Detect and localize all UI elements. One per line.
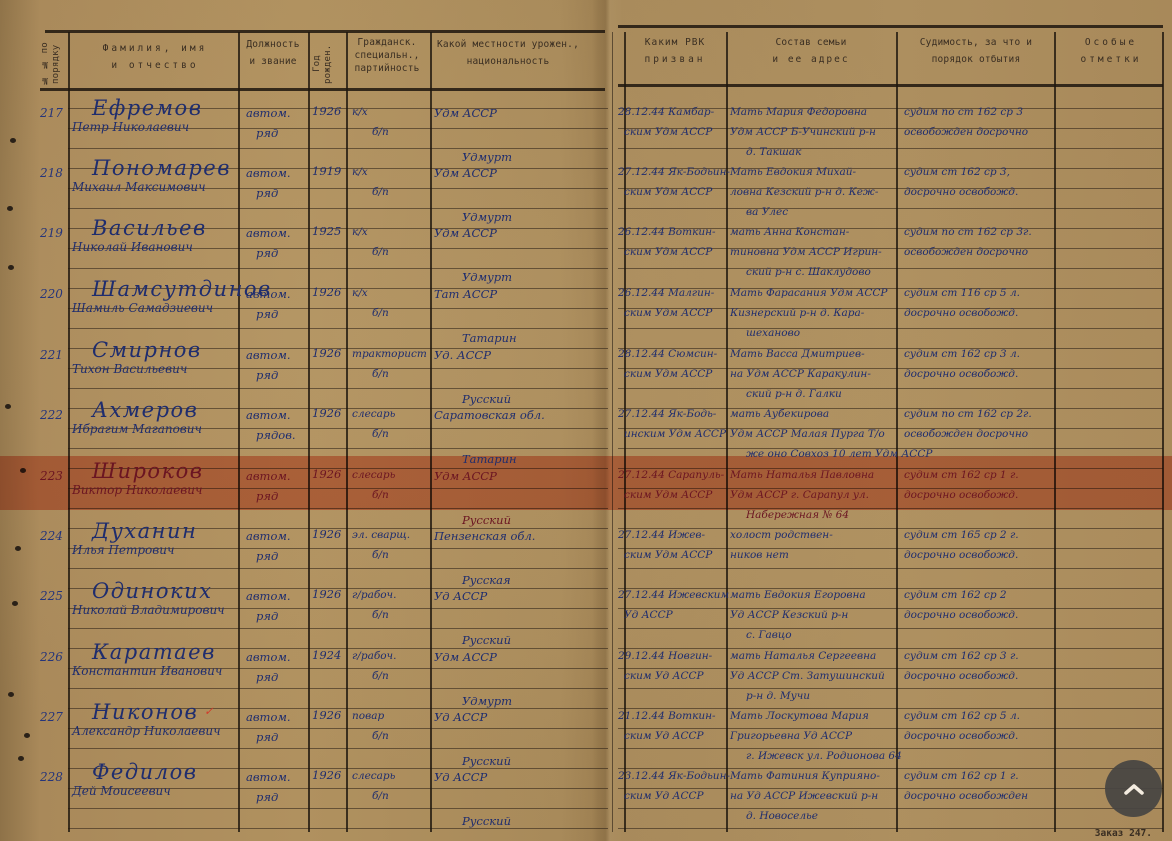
origin: Удм АССР — [434, 106, 497, 120]
conviction: судим ст 162 ср 5 л. — [904, 710, 1020, 722]
civil-specialty: повар — [352, 710, 384, 722]
family-line: ский р-н с. Шаклудово — [746, 266, 871, 278]
conviction: судим ст 162 ср 3, — [904, 166, 1010, 178]
conviction-release: освобожден досрочно — [904, 126, 1028, 138]
rule-line — [618, 208, 1163, 209]
surname: Никонов — [92, 700, 198, 724]
conviction: судим по ст 162 ср 3 — [904, 106, 1023, 118]
nationality: Удмурт — [462, 694, 512, 708]
party-status: б/п — [372, 730, 389, 742]
column-line — [68, 32, 70, 832]
conviction-release: досрочно освобожд. — [904, 489, 1018, 501]
rule-line — [618, 748, 1163, 749]
birth-year: 1924 — [312, 648, 341, 662]
rvk-line2: ским Уд АССР — [624, 730, 704, 742]
family-line: Мать Фатиния Куприяно- — [730, 770, 880, 782]
civil-specialty: к/х — [352, 287, 368, 299]
column-line — [612, 32, 613, 832]
header-rank: Должность и звание — [238, 36, 308, 70]
family-line: Удм АССР г. Сарапул ул. — [730, 489, 869, 501]
header-origin-line1: Какой местности урожен., — [430, 36, 586, 53]
nationality: Русский — [462, 814, 511, 828]
header-name-line1: Фамилия, имя — [70, 40, 240, 57]
header-notes-line2: отметки — [1056, 51, 1166, 68]
column-line — [1162, 32, 1164, 832]
header-conviction-line1: Судимость, за что и — [896, 34, 1056, 51]
header-origin-line2: национальность — [430, 53, 586, 70]
family-line: Мать Лоскутова Мария — [730, 710, 869, 722]
family-line: Удм АССР Малая Пурга Т/о — [730, 428, 885, 440]
header-notes: Особые отметки — [1056, 34, 1166, 68]
family-line: ников нет — [730, 549, 789, 561]
rvk-line2: Уд АССР — [624, 609, 673, 621]
rule-line — [618, 828, 1163, 829]
surname: Федилов — [92, 760, 197, 784]
rule-line — [68, 388, 608, 389]
rank: автом. — [246, 166, 291, 180]
rule-line — [618, 808, 1163, 809]
civil-specialty: эл. сварщ. — [352, 529, 410, 541]
party-status: б/п — [372, 549, 389, 561]
rule-line — [618, 268, 1163, 269]
birth-year: 1926 — [312, 768, 341, 782]
party-status: б/п — [372, 428, 389, 440]
rank: автом. — [246, 589, 291, 603]
family-line: тиновна Удм АССР Игрин- — [730, 246, 882, 258]
conviction-release: освобожден досрочно — [904, 246, 1028, 258]
rule-line — [618, 708, 1163, 709]
surname: Пономарев — [92, 156, 231, 180]
rvk-line2: ским Удм АССР — [624, 126, 712, 138]
nationality: Русский — [462, 633, 511, 647]
origin: Уд АССР — [434, 770, 487, 784]
family-line: мать Анна Констан- — [730, 226, 849, 238]
rvk-line2: ским Удм АССР — [624, 307, 712, 319]
rank-line2: рядов. — [256, 428, 296, 442]
row-number: 225 — [40, 589, 63, 603]
conviction: судим по ст 162 ср 2г. — [904, 408, 1032, 420]
conviction: судим ст 162 ср 1 г. — [904, 770, 1019, 782]
nationality: Удмурт — [462, 150, 512, 164]
nationality: Русский — [462, 392, 511, 406]
family-line: Мать Наталья Павловна — [730, 469, 874, 481]
family-line: Мать Мария Федоровна — [730, 106, 867, 118]
rule-line — [618, 688, 1163, 689]
birth-year: 1926 — [312, 104, 341, 118]
given-names: Тихон Васильевич — [72, 362, 187, 376]
rank-line2: ряд — [256, 368, 278, 382]
origin: Удм АССР — [434, 469, 497, 483]
header-civil-line1: Гражданск. — [344, 36, 430, 49]
rvk: 27.12.44 Сарапуль- — [618, 469, 724, 481]
rank: автом. — [246, 226, 291, 240]
given-names: Константин Иванович — [72, 664, 222, 678]
rule-line — [618, 84, 1163, 87]
rule-line — [68, 208, 608, 209]
origin: Саратовская обл. — [434, 408, 545, 422]
rvk: 27.12.44 Ижев- — [618, 529, 705, 541]
given-names: Дей Моисеевич — [72, 784, 171, 798]
surname: Смирнов — [92, 338, 202, 362]
rvk: 27.12.44 Ижевским — [618, 589, 729, 601]
birth-year: 1926 — [312, 346, 341, 360]
rvk: 27.12.44 Як-Бодь- — [618, 408, 716, 420]
party-status: б/п — [372, 609, 389, 621]
rule-line — [68, 328, 608, 329]
family-line: Удм АССР Б-Учинский р-н — [730, 126, 876, 138]
row-number: 226 — [40, 650, 63, 664]
rank-line2: ряд — [256, 670, 278, 684]
given-names: Михаил Максимович — [72, 180, 206, 194]
rank: автом. — [246, 287, 291, 301]
origin: Удм АССР — [434, 166, 497, 180]
family-line: Уд АССР Кезский р-н — [730, 609, 848, 621]
given-names: Александр Николаевич — [72, 724, 221, 738]
rvk: 28.12.44 Сюмсин- — [618, 348, 717, 360]
header-rank-line2: и звание — [238, 53, 308, 70]
birth-year: 1926 — [312, 587, 341, 601]
rank-line2: ряд — [256, 186, 278, 200]
family-line: мать Аубекирова — [730, 408, 829, 420]
conviction-release: освобожден досрочно — [904, 428, 1028, 440]
rvk: 26.12.44 Малгин- — [618, 287, 714, 299]
family-line: ский р-н д. Галки — [746, 388, 842, 400]
header-origin: Какой местности урожен., национальность — [430, 36, 586, 70]
rule-line — [68, 688, 608, 689]
origin: Уд АССР — [434, 710, 487, 724]
rule-line — [68, 268, 608, 269]
nationality: Русский — [462, 513, 511, 527]
header-conviction: Судимость, за что и порядок отбытия — [896, 34, 1056, 68]
conviction: судим ст 162 ср 3 г. — [904, 650, 1019, 662]
origin: Удм АССР — [434, 226, 497, 240]
nationality: Русский — [462, 754, 511, 768]
family-line: холост родствен- — [730, 529, 833, 541]
family-line: Мать Фарасания Удм АССР — [730, 287, 887, 299]
header-name: Фамилия, имя и отчество — [70, 40, 240, 74]
rvk-line2: ским Удм АССР — [624, 368, 712, 380]
column-line — [896, 32, 898, 832]
family-line: ва Улес — [746, 206, 788, 218]
surname: Ефремов — [92, 96, 202, 120]
party-status: б/п — [372, 246, 389, 258]
header-num: № № по порядку — [40, 36, 70, 92]
header-rank-line1: Должность — [238, 36, 308, 53]
rvk: 26.12.44 Воткин- — [618, 226, 716, 238]
rvk-line2: ским Удм АССР — [624, 246, 712, 258]
family-line: с. Гавцо — [746, 629, 792, 641]
rule-line — [618, 668, 1163, 669]
row-number: 227 — [40, 710, 63, 724]
conviction-release: досрочно освобожд. — [904, 730, 1018, 742]
rank-line2: ряд — [256, 549, 278, 563]
row-number: 221 — [40, 348, 63, 362]
surname: Каратаев — [92, 640, 216, 664]
civil-specialty: слесарь — [352, 469, 395, 481]
civil-specialty: слесарь — [352, 770, 395, 782]
rank: автом. — [246, 650, 291, 664]
conviction-release: досрочно освобожден — [904, 790, 1028, 802]
column-line — [346, 32, 348, 832]
rank-line2: ряд — [256, 790, 278, 804]
column-line — [726, 32, 728, 832]
birth-year: 1925 — [312, 224, 341, 238]
header-family-line1: Состав семьи — [728, 34, 894, 51]
rank-line2: ряд — [256, 609, 278, 623]
nationality: Татарин — [462, 331, 517, 345]
row-number: 217 — [40, 106, 63, 120]
civil-specialty: тракторист — [352, 348, 427, 360]
rank: автом. — [246, 348, 291, 362]
rule-line — [68, 568, 608, 569]
chevron-up-icon — [1124, 783, 1144, 795]
party-status: б/п — [372, 368, 389, 380]
birth-year: 1926 — [312, 285, 341, 299]
surname: Духанин — [92, 519, 197, 543]
header-rvk-line2: призван — [622, 51, 728, 68]
rule-line — [68, 628, 608, 629]
rule-line — [618, 568, 1163, 569]
header-rvk: Каким РВК призван — [622, 34, 728, 68]
header-civil-line2: специальн., — [344, 49, 430, 62]
rule-line — [45, 30, 605, 33]
rank: автом. — [246, 770, 291, 784]
rank: автом. — [246, 710, 291, 724]
rule-line — [68, 828, 608, 829]
conviction-release: досрочно освобожд. — [904, 609, 1018, 621]
row-number: 218 — [40, 166, 63, 180]
rank-line2: ряд — [256, 489, 278, 503]
given-names: Николай Владимирович — [72, 603, 225, 617]
family-line: мать Наталья Сергеевна — [730, 650, 876, 662]
row-number: 220 — [40, 287, 63, 301]
family-line: на Уд АССР Ижевский р-н — [730, 790, 878, 802]
conviction-release: досрочно освобожд. — [904, 670, 1018, 682]
family-line: мать Евдокия Егоровна — [730, 589, 866, 601]
family-line: Мать Евдокия Михай- — [730, 166, 856, 178]
rule-line — [618, 628, 1163, 629]
conviction: судим по ст 162 ср 3г. — [904, 226, 1032, 238]
header-year: Год рожден. — [312, 40, 342, 88]
surname: Шамсутдинов — [92, 277, 272, 301]
party-status: б/п — [372, 670, 389, 682]
given-names: Шамиль Самадзиевич — [72, 301, 213, 315]
rule-line — [618, 648, 1163, 649]
surname: Широков — [92, 459, 203, 483]
header-civil-line3: партийность — [344, 62, 430, 75]
nationality: Татарин — [462, 452, 517, 466]
birth-year: 1926 — [312, 708, 341, 722]
party-status: б/п — [372, 790, 389, 802]
party-status: б/п — [372, 126, 389, 138]
column-line — [238, 32, 240, 832]
column-line — [308, 32, 310, 832]
rule-line — [618, 608, 1163, 609]
birth-year: 1926 — [312, 467, 341, 481]
surname: Васильев — [92, 216, 207, 240]
family-line: на Удм АССР Каракулин- — [730, 368, 871, 380]
rule-line — [618, 148, 1163, 149]
family-line: д. Такшак — [746, 146, 801, 158]
given-names: Николай Иванович — [72, 240, 193, 254]
rvk-line2: ским Уд АССР — [624, 670, 704, 682]
family-line: ловна Кезский р-н д. Кеж- — [730, 186, 878, 198]
party-status: б/п — [372, 489, 389, 501]
birth-year: 1919 — [312, 164, 341, 178]
surname: Одиноких — [92, 579, 212, 603]
family-line: шеханово — [746, 327, 800, 339]
family-line: д. Новоселье — [746, 810, 818, 822]
rvk: 28.12.44 Камбар- — [618, 106, 714, 118]
conviction: судим ст 116 ср 5 л. — [904, 287, 1020, 299]
column-line — [1054, 32, 1056, 832]
header-civil: Гражданск. специальн., партийность — [344, 36, 430, 75]
rank: автом. — [246, 408, 291, 422]
row-number: 222 — [40, 408, 63, 422]
family-line: г. Ижевск ул. Родионова 64 — [746, 750, 902, 762]
nationality: Удмурт — [462, 270, 512, 284]
conviction: судим ст 162 ср 1 г. — [904, 469, 1019, 481]
conviction: судим ст 162 ср 3 л. — [904, 348, 1020, 360]
rank-line2: ряд — [256, 246, 278, 260]
rule-line — [68, 448, 608, 449]
row-number: 219 — [40, 226, 63, 240]
header-rvk-line1: Каким РВК — [622, 34, 728, 51]
nationality: Удмурт — [462, 210, 512, 224]
civil-specialty: к/х — [352, 166, 368, 178]
rule-line — [618, 728, 1163, 729]
rule-line — [618, 388, 1163, 389]
family-line: Григорьевна Уд АССР — [730, 730, 852, 742]
family-line: же оно Совхоз 10 лет Удм АССР — [746, 448, 932, 460]
rank-line2: ряд — [256, 730, 278, 744]
party-status: б/п — [372, 307, 389, 319]
rvk-line2: ским Удм АССР — [624, 186, 712, 198]
rule-line — [68, 748, 608, 749]
party-status: б/п — [372, 186, 389, 198]
given-names: Петр Николаевич — [72, 120, 189, 134]
surname: Ахмеров — [92, 398, 198, 422]
origin: Пензенская обл. — [434, 529, 535, 543]
conviction-release: досрочно освобожд. — [904, 186, 1018, 198]
rvk: 29.12.44 Новгин- — [618, 650, 712, 662]
birth-year: 1926 — [312, 406, 341, 420]
rank-line2: ряд — [256, 126, 278, 140]
header-notes-line1: Особые — [1056, 34, 1166, 51]
scroll-to-top-button[interactable] — [1105, 760, 1162, 817]
origin: Тат АССР — [434, 287, 497, 301]
given-names: Илья Петрович — [72, 543, 174, 557]
rvk: 27.12.44 Як-Бодьин- — [618, 166, 730, 178]
header-conviction-line2: порядок отбытия — [896, 51, 1056, 68]
civil-specialty: г/рабоч. — [352, 650, 396, 662]
rule-line — [618, 788, 1163, 789]
rvk-line2: инским Удм АССР — [624, 428, 726, 440]
rank: автом. — [246, 106, 291, 120]
rank: автом. — [246, 469, 291, 483]
origin: Уд АССР — [434, 589, 487, 603]
header-family-line2: и ее адрес — [728, 51, 894, 68]
rank: автом. — [246, 529, 291, 543]
rule-line — [618, 768, 1163, 769]
conviction: судим ст 165 ср 2 г. — [904, 529, 1019, 541]
conviction-release: досрочно освобожд. — [904, 307, 1018, 319]
civil-specialty: г/рабоч. — [352, 589, 396, 601]
given-names: Виктор Николаевич — [72, 483, 202, 497]
column-line — [430, 32, 432, 832]
print-order-note: Заказ 247. — [1095, 828, 1152, 839]
rule-line — [40, 88, 605, 91]
row-number: 228 — [40, 770, 63, 784]
family-line: Кизнерский р-н д. Кара- — [730, 307, 864, 319]
rule-line — [68, 808, 608, 809]
conviction-release: досрочно освобожд. — [904, 549, 1018, 561]
row-number: 223 — [40, 469, 63, 483]
rvk-line2: ским Удм АССР — [624, 489, 712, 501]
check-mark: ✓ — [204, 704, 214, 718]
header-name-line2: и отчество — [70, 57, 240, 74]
rvk: 21.12.44 Воткин- — [618, 710, 716, 722]
rank-line2: ряд — [256, 307, 278, 321]
rule-line — [618, 25, 1163, 28]
origin: Уд. АССР — [434, 348, 491, 362]
rvk-line2: ским Удм АССР — [624, 549, 712, 561]
family-line: Набережная № 64 — [746, 509, 849, 521]
row-number: 224 — [40, 529, 63, 543]
header-family: Состав семьи и ее адрес — [728, 34, 894, 68]
conviction-release: досрочно освобожд. — [904, 368, 1018, 380]
conviction: судим ст 162 ср 2 — [904, 589, 1007, 601]
civil-specialty: к/х — [352, 106, 368, 118]
rule-line — [618, 328, 1163, 329]
origin: Удм АССР — [434, 650, 497, 664]
civil-specialty: слесарь — [352, 408, 395, 420]
family-line: Мать Васса Дмитриев- — [730, 348, 865, 360]
nationality: Русская — [462, 573, 511, 587]
given-names: Ибрагим Магапович — [72, 422, 202, 436]
family-line: Уд АССР Ст. Затушинский — [730, 670, 885, 682]
rvk: 23.12.44 Як-Бодьин- — [618, 770, 730, 782]
rule-line — [68, 148, 608, 149]
birth-year: 1926 — [312, 527, 341, 541]
family-line: р-н д. Мучи — [746, 690, 810, 702]
civil-specialty: к/х — [352, 226, 368, 238]
rvk-line2: ским Уд АССР — [624, 790, 704, 802]
